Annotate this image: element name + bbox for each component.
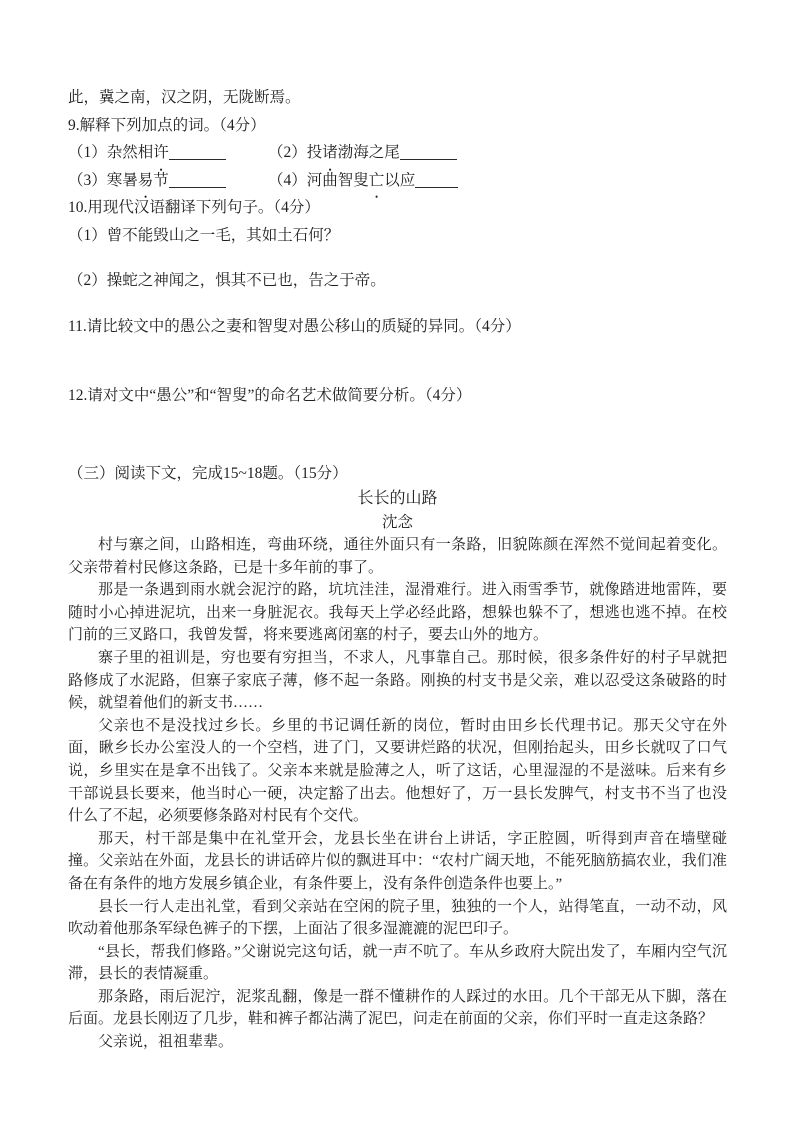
q9-item-2-text-after: 渤海之尾 (338, 144, 400, 161)
q9-item-3-dotted-char: 易 (138, 167, 154, 195)
intro-line: 此，冀之南，汉之阴，无陇断焉。 (68, 84, 727, 112)
exam-paper-page: 此，冀之南，汉之阴，无陇断焉。 9.解释下列加点的词。（4分） （1）杂然相许 … (0, 0, 793, 1122)
answer-blank-line (400, 147, 457, 160)
q9-item-2-text: （2）投 (268, 144, 322, 161)
passage-author: 沈念 (68, 511, 727, 534)
passage-paragraph: 那是一条遇到雨水就会泥泞的路，坑坑洼洼，湿滑难行。进入雨雪季节，就像踏进地雷阵，… (68, 579, 727, 647)
q10-sentence-1: （1）曾不能毁山之一毛，其如土石何？ (68, 222, 727, 250)
page-content: 此，冀之南，汉之阴，无陇断焉。 9.解释下列加点的词。（4分） （1）杂然相许 … (68, 84, 727, 1054)
passage-paragraph: 县长一行人走出礼堂，看到父亲站在空闲的院子里，独独的一个人，站得笔直，一动不动，… (68, 896, 727, 941)
question-9-stem: 9.解释下列加点的词。（4分） (68, 112, 727, 140)
passage-paragraph: 寨子里的祖训是，穷也要有穷担当，不求人，凡事靠自己。那时候，很多条件好的村子早就… (68, 647, 727, 715)
question-12: 12.请对文中“愚公”和“智叟”的命名艺术做简要分析。（4分） (68, 382, 727, 410)
reading-passage: 长长的山路 沈念 村与寨之间，山路相连，弯曲环绕，通往外面只有一条路，旧貌陈颜在… (68, 487, 727, 1054)
q9-item-4-text: （4）河曲智叟 (268, 172, 369, 189)
passage-paragraph: 父亲说，祖祖辈辈。 (68, 1031, 727, 1054)
reading-section-header: （三）阅读下文，完成15~18题。（15分） (68, 460, 727, 488)
q9-item-1-dotted-char: 许 (153, 139, 169, 167)
passage-paragraph: 村与寨之间，山路相连，弯曲环绕，通往外面只有一条路，旧貌陈颜在浑然不觉间起着变化… (68, 534, 727, 579)
q9-item-1: （1）杂然相许 (68, 139, 268, 167)
q9-item-1-text: （1）杂然相 (68, 144, 153, 161)
q9-item-4-dotted-char: 亡 (369, 167, 385, 195)
passage-title: 长长的山路 (68, 487, 727, 511)
passage-paragraph: 那天，村干部是集中在礼堂开会，龙县长坐在讲台上讲话，字正腔圆，听得到声音在墙壁碰… (68, 828, 727, 896)
question-9-row-1: （1）杂然相许 （2）投诸渤海之尾 (68, 139, 727, 167)
q10-sentence-2: （2）操蛇之神闻之，惧其不已也，告之于帝。 (68, 267, 727, 295)
q9-item-3-text: （3）寒暑 (68, 172, 138, 189)
q9-item-2-dotted-char: 诸 (322, 139, 338, 167)
q9-item-2: （2）投诸渤海之尾 (268, 139, 727, 167)
answer-blank-line (169, 175, 226, 188)
question-10-stem: 10.用现代汉语翻译下列句子。（4分） (68, 194, 727, 222)
q9-item-4-text-after: 以应 (384, 172, 415, 189)
question-11: 11.请比较文中的愚公之妻和智叟对愚公移山的质疑的异同。（4分） (68, 313, 727, 341)
passage-paragraph: 父亲也不是没找过乡长。乡里的书记调任新的岗位，暂时由田乡长代理书记。那天父守在外… (68, 715, 727, 828)
answer-blank-line (169, 147, 226, 160)
passage-paragraph: 那条路，雨后泥泞，泥浆乱翻，像是一群不懂耕作的人踩过的水田。几个干部无从下脚，落… (68, 986, 727, 1031)
answer-blank-line (415, 175, 458, 188)
passage-paragraph: “县长，帮我们修路。”父谢说完这句话，就一声不吭了。车从乡政府大院出发了，车厢内… (68, 941, 727, 986)
